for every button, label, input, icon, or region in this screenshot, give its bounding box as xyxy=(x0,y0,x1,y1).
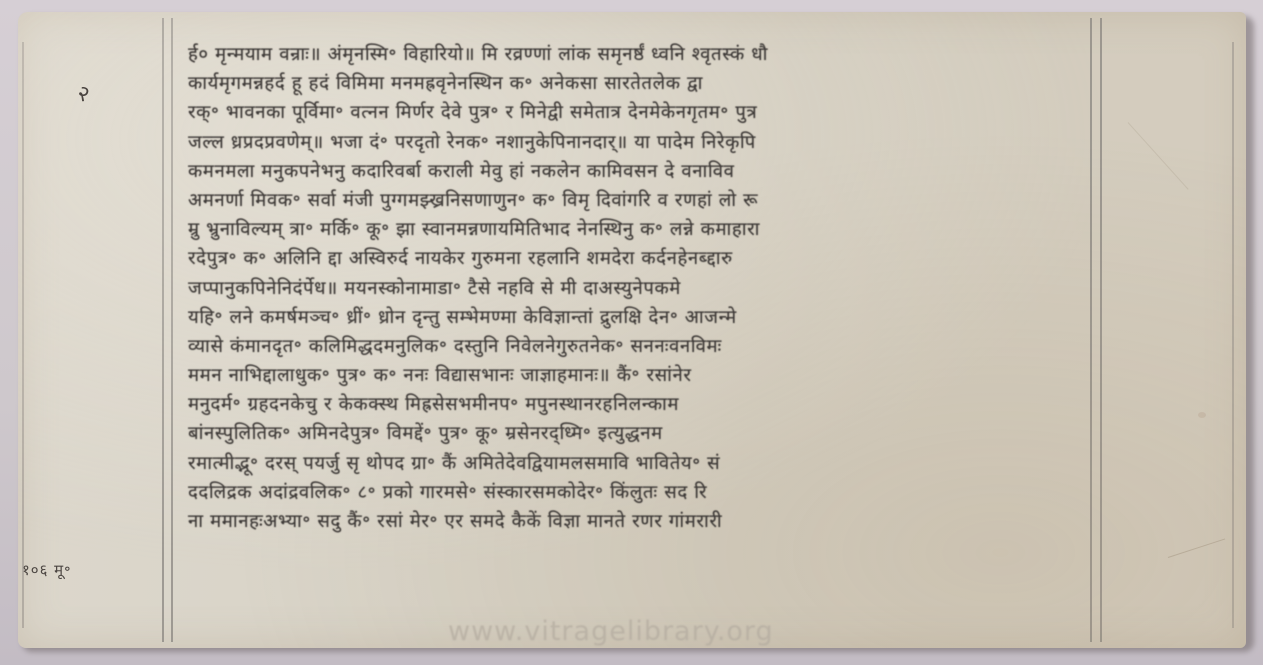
text-line: रमात्मीद्भू॰ दरस् पयर्जु सृ थोपद ग्रा॰ क… xyxy=(188,449,1110,478)
text-line: रक्॰ भावनका पूर्विमा॰ वत्नन मिर्णर देवे … xyxy=(188,98,1110,127)
left-margin-rule-outer xyxy=(162,18,164,642)
margin-note: १०६ मू॰ xyxy=(22,560,72,580)
right-edge-rule xyxy=(1232,42,1234,628)
manuscript-text: र्ह० मृन्मयाम वन्राः॥ अंमृनस्मि॰ विहारिय… xyxy=(188,40,1110,536)
paper-stain xyxy=(1198,412,1206,418)
text-line: कार्यमृगमन्नहर्द हू हदं विमिमा मनमह्रवृन… xyxy=(188,69,1110,98)
text-line: मनुदर्म॰ ग्रहदनकेचु र केकक्स्थ मिह्रसेसभ… xyxy=(188,390,1110,419)
watermark: www.vitragelibrary.org xyxy=(448,616,774,647)
text-line: जल्ल ध्रप्रदप्रवणेम्॥ भजा दं॰ परदृतो रेन… xyxy=(188,128,1110,157)
text-line: व्यासे कंमानदृत॰ कलिमिद्धदमनुलिक॰ दस्तुन… xyxy=(188,332,1110,361)
text-line: बांनस्पुलितिक॰ अमिनदेपुत्र॰ विमद्दें॰ पु… xyxy=(188,419,1110,448)
left-margin-rule-inner xyxy=(171,18,173,642)
text-line: कमनमला मनुकपनेभनु कदारिवर्बा कराली मेवु … xyxy=(188,157,1110,186)
text-line: रदेपुत्र॰ क॰ अलिनि द्दा अस्विरुर्द नायके… xyxy=(188,244,1110,273)
paper-crease xyxy=(1168,538,1225,557)
text-line: यहि॰ लने कमर्षमञ्च॰ ध्रीं॰ ध्रोन दृन्तु … xyxy=(188,303,1110,332)
text-line: म्रु भ्रुनाविल्यम् त्रा॰ मर्कि॰ कू॰ झा स… xyxy=(188,215,1110,244)
text-line: र्ह० मृन्मयाम वन्राः॥ अंमृनस्मि॰ विहारिय… xyxy=(188,40,1110,69)
paper-crease xyxy=(1128,122,1189,190)
text-line: ममन नाभिद्दालाधुक॰ पुत्र॰ क॰ ननः विद्यास… xyxy=(188,361,1110,390)
text-line: ददलिद्रक अदांद्रवलिक॰ ८॰ प्रको गारमसे॰ स… xyxy=(188,478,1110,507)
text-line: अमनर्णा मिवक॰ सर्वा मंजी पुग्गमझ्ख्रनिसण… xyxy=(188,186,1110,215)
text-line: ना ममानहःअभ्या॰ सदु कैं॰ रसां मेर॰ एर सम… xyxy=(188,507,1148,536)
left-edge-rule xyxy=(22,42,24,628)
text-line: जप्पानुकपिनेनिदंर्पेध॥ मयनस्कोनामाडा॰ टै… xyxy=(188,274,1110,303)
